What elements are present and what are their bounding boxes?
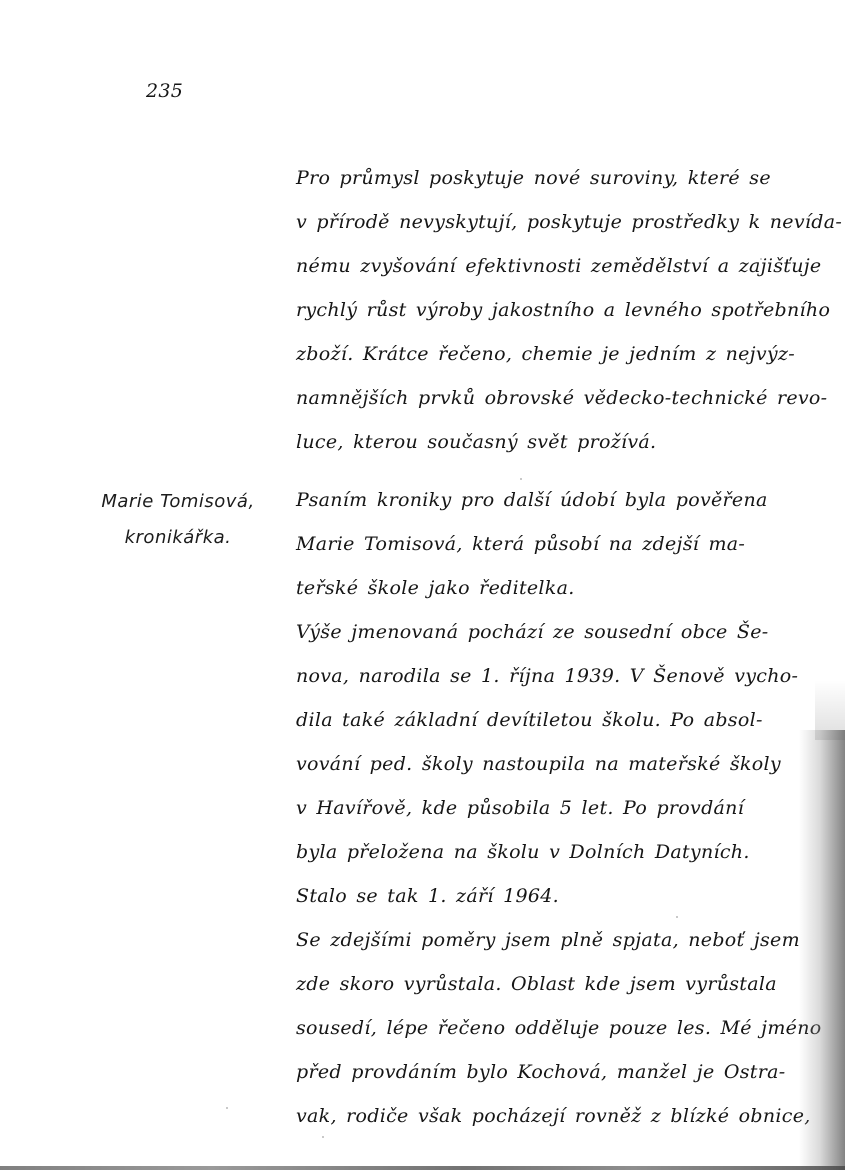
margin-note-chronicler: Marie Tomisová, kronikářka. (78, 484, 278, 556)
scan-speck (322, 1136, 324, 1138)
scan-speck (226, 1107, 228, 1109)
text-line: rychlý růst výroby jakostního a levného … (296, 288, 836, 332)
text-line: před provdáním bylo Kochová, manžel je O… (296, 1050, 836, 1094)
scan-speck (760, 258, 762, 260)
text-line: Se zdejšími poměry jsem plně spjata, neb… (296, 918, 836, 962)
text-line: vak, rodiče však pocházejí rovněž z blíz… (296, 1094, 836, 1138)
scan-speck (676, 916, 678, 918)
text-line: namnějších prvků obrovské vědecko-techni… (296, 376, 836, 420)
text-line: sousedí, lépe řečeno odděluje pouze les.… (296, 1006, 836, 1050)
text-line: Výše jmenovaná pochází ze sousední obce … (296, 610, 836, 654)
scan-bottom-edge (0, 1166, 845, 1170)
text-line: teřské škole jako ředitelka. (296, 566, 836, 610)
text-line: dila také základní devítiletou školu. Po… (296, 698, 836, 742)
scan-speck (520, 478, 522, 480)
text-line: Stalo se tak 1. září 1964. (296, 874, 836, 918)
text-line: zde skoro vyrůstala. Oblast kde jsem vyr… (296, 962, 836, 1006)
text-line: byla přeložena na školu v Dolních Datyní… (296, 830, 836, 874)
paragraph-chronicler-biography: Psaním kroniky pro další údobí byla pově… (296, 478, 836, 1138)
text-line: v Havířově, kde působila 5 let. Po provd… (296, 786, 836, 830)
text-line: vování ped. školy nastoupila na mateřské… (296, 742, 836, 786)
paragraph-chemistry: Pro průmysl poskytuje nové suroviny, kte… (296, 156, 836, 464)
text-line: v přírodě nevyskytují, poskytuje prostře… (296, 200, 836, 244)
text-line: Marie Tomisová, která působí na zdejší m… (296, 522, 836, 566)
text-line: zboží. Krátce řečeno, chemie je jedním z… (296, 332, 836, 376)
text-line: Pro průmysl poskytuje nové suroviny, kte… (296, 156, 836, 200)
text-line: nova, narodila se 1. října 1939. V Šenov… (296, 654, 836, 698)
scanned-chronicle-page: 235 Pro průmysl poskytuje nové suroviny,… (0, 0, 845, 1170)
page-number: 235 (146, 80, 183, 102)
text-line: nému zvyšování efektivnosti zemědělství … (296, 244, 836, 288)
margin-note-role: kronikářka. (78, 520, 278, 556)
text-line: luce, kterou současný svět prožívá. (296, 420, 836, 464)
text-line: Psaním kroniky pro další údobí byla pově… (296, 478, 836, 522)
margin-note-name: Marie Tomisová, (78, 484, 278, 520)
